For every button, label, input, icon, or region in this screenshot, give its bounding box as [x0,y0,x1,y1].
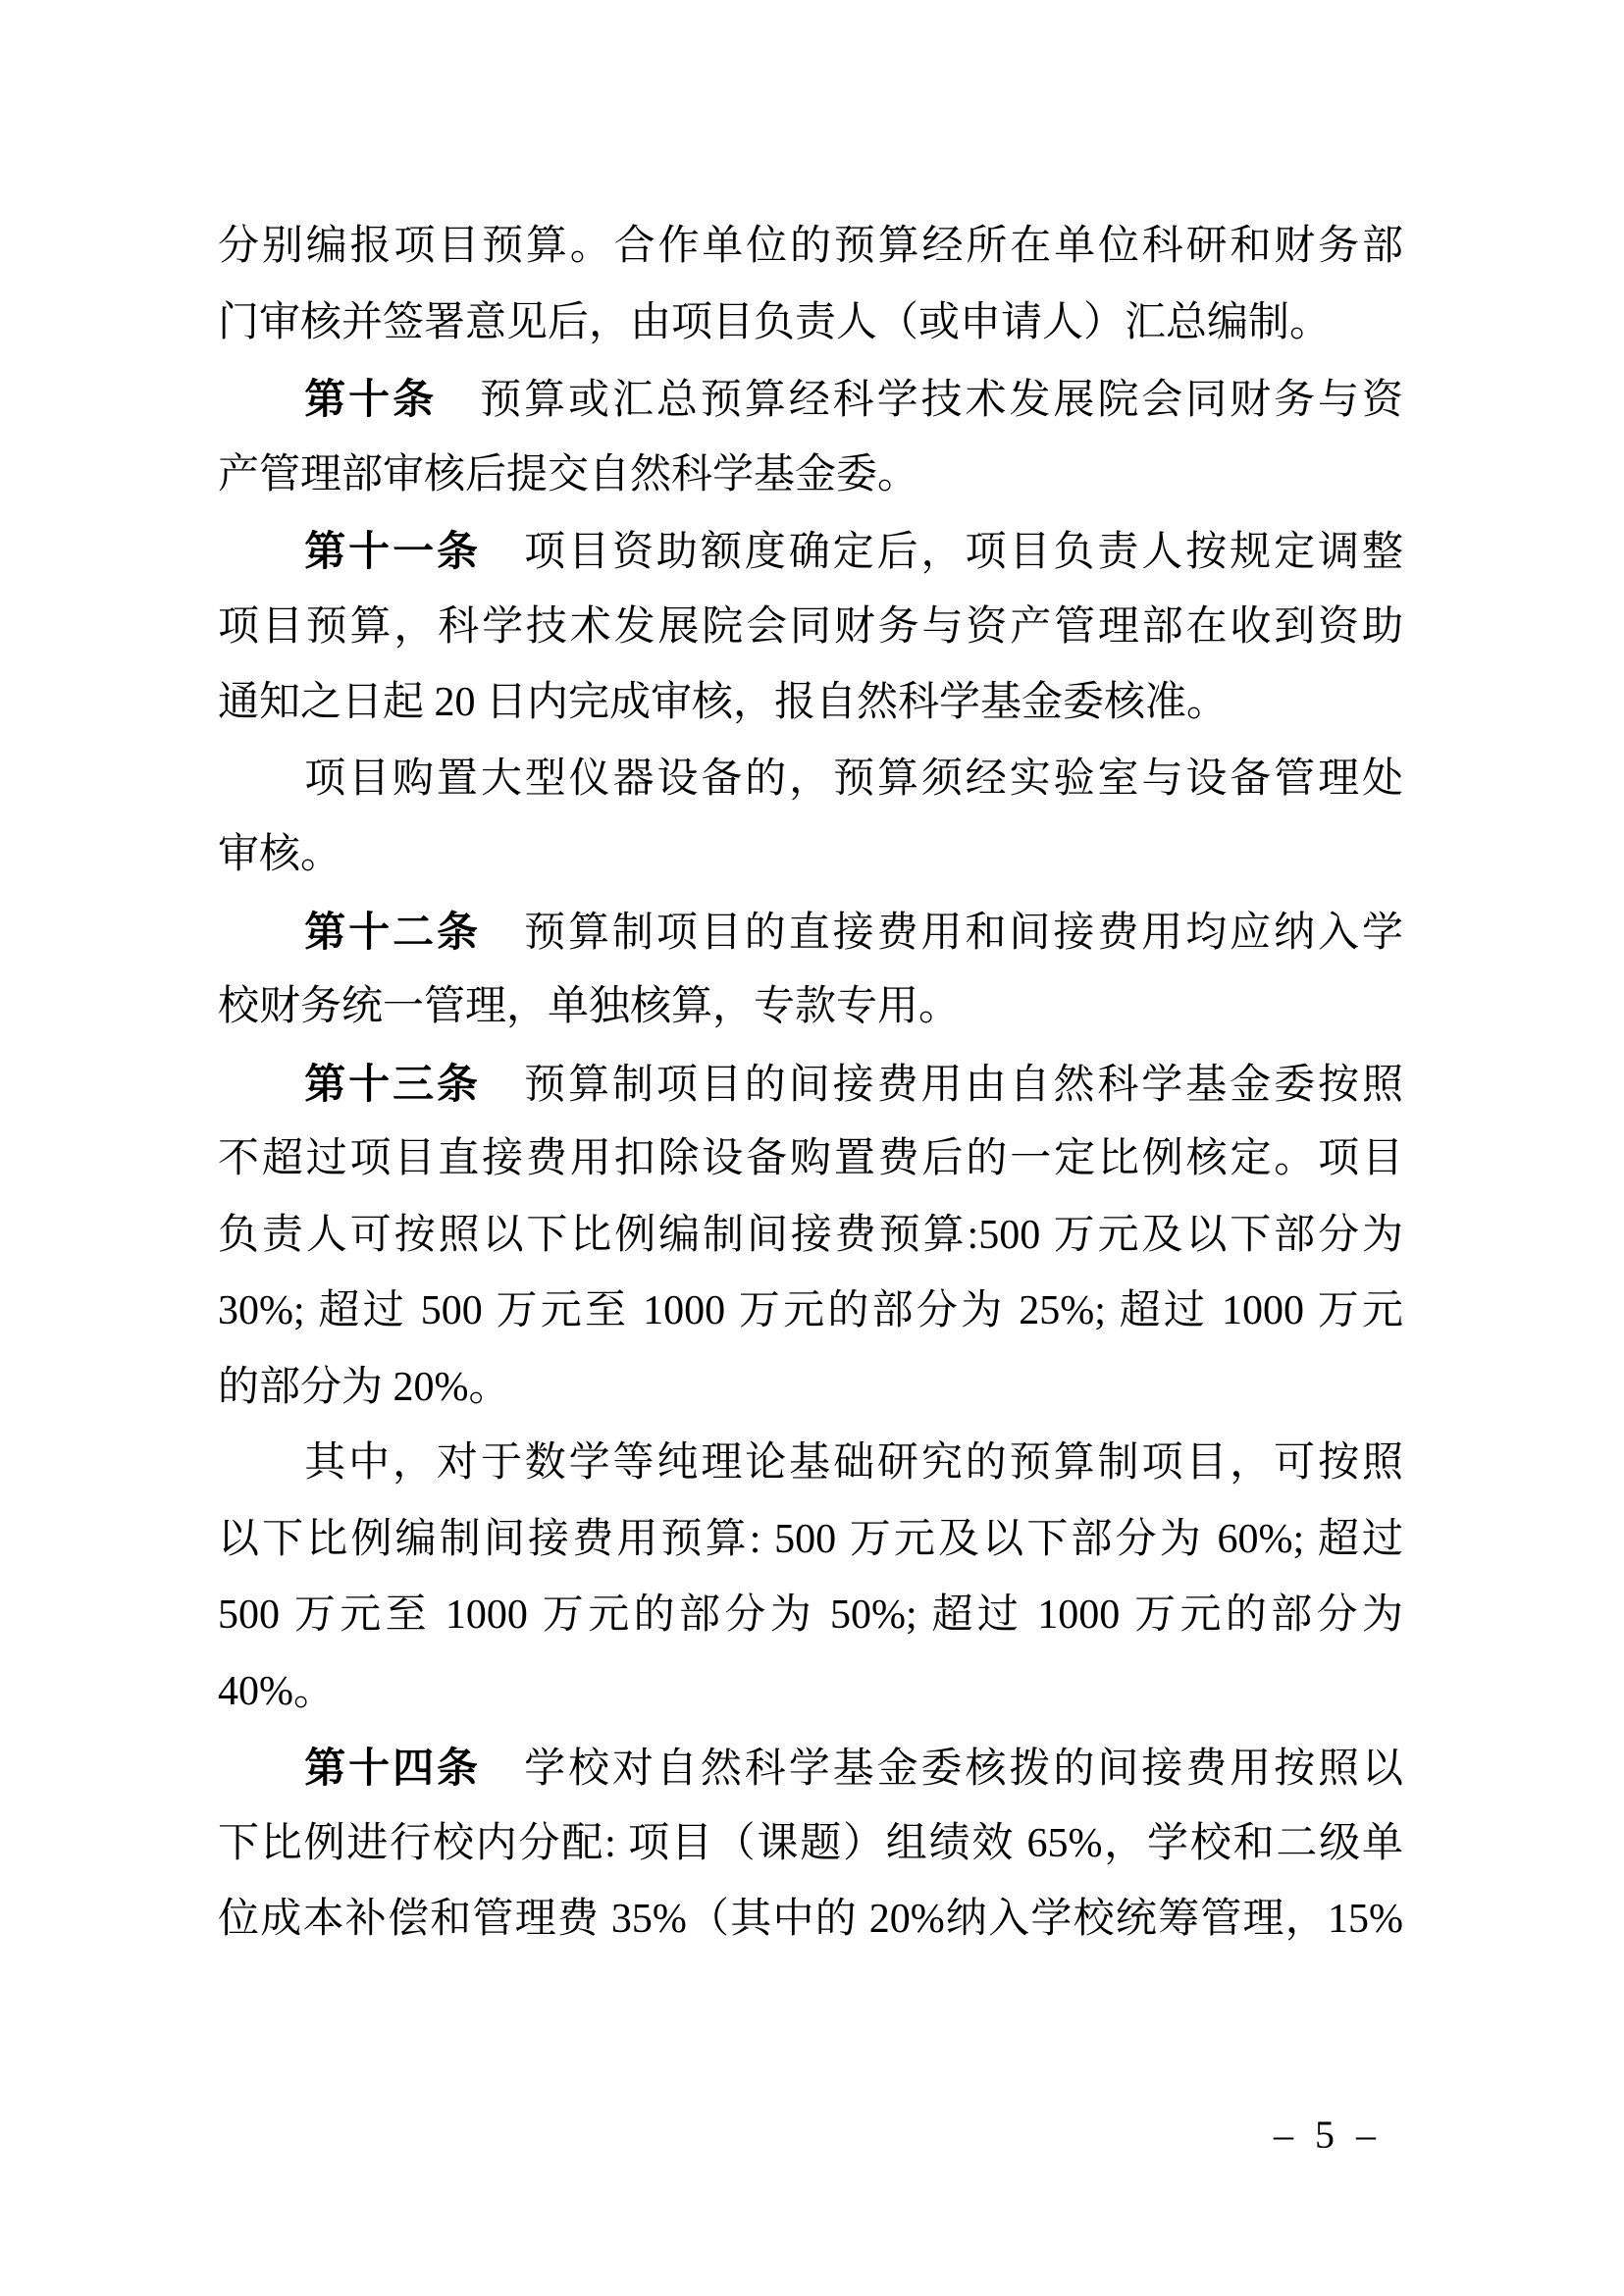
text-line: 门审核并签署意见后，由项目负责人（或申请人）汇总编制。 [218,286,1403,362]
line-text: 项目购置大型仪器设备的，预算须经实验室与设备管理处 [304,757,1403,802]
text-line: 下比例进行校内分配: 项目（课题）组绩效 65%，学校和二级单 [218,1806,1403,1883]
text-line: 通知之日起 20 日内完成审核，报自然科学基金委核准。 [218,665,1403,742]
line-text: 学校对自然科学基金委核拨的间接费用按照以 [524,1747,1403,1792]
article-number: 第十二条 [304,909,481,955]
text-line: 第十二条预算制项目的直接费用和间接费用均应纳入学 [218,894,1403,970]
text-line: 位成本补偿和管理费 35%（其中的 20%纳入学校统筹管理，15% [218,1882,1403,1958]
text-line: 产管理部审核后提交自然科学基金委。 [218,438,1403,514]
text-line: 项目预算，科学技术发展院会同财务与资产管理部在收到资助 [218,590,1403,666]
line-text: 负责人可按照以下比例编制间接费预算:500 万元及以下部分为 [218,1213,1403,1258]
line-text: 预算制项目的间接费用由自然科学基金委按照 [524,1063,1403,1108]
text-line: 负责人可按照以下比例编制间接费预算:500 万元及以下部分为 [218,1198,1403,1275]
line-text: 不超过项目直接费用扣除设备购置费后的一定比例核定。项目 [218,1136,1403,1181]
text-line: 审核。 [218,817,1403,894]
text-line: 其中，对于数学等纯理论基础研究的预算制项目，可按照 [218,1426,1403,1502]
text-line: 的部分为 20%。 [218,1350,1403,1427]
line-text: 通知之日起 20 日内完成审核，报自然科学基金委核准。 [218,680,1228,725]
line-text: 其中，对于数学等纯理论基础研究的预算制项目，可按照 [304,1440,1403,1486]
text-line: 500 万元至 1000 万元的部分为 50%; 超过 1000 万元的部分为 [218,1578,1403,1654]
line-text: 产管理部审核后提交自然科学基金委。 [218,452,918,497]
line-text: 以下比例编制间接费用预算: 500 万元及以下部分为 60%; 超过 [218,1517,1403,1562]
text-line: 第十条预算或汇总预算经科学技术发展院会同财务与资 [218,361,1403,438]
page-number: – 5 – [1274,2106,1382,2165]
text-line: 第十四条学校对自然科学基金委核拨的间接费用按照以 [218,1730,1403,1806]
line-text: 项目资助额度确定后，项目负责人按规定调整 [524,530,1403,575]
text-line: 第十三条预算制项目的间接费用由自然科学基金委按照 [218,1046,1403,1122]
line-text: 审核。 [218,832,341,877]
line-text: 的部分为 20%。 [218,1365,510,1410]
line-text: 校财务统一管理，单独核算，专款专用。 [218,984,960,1029]
article-number: 第十四条 [304,1745,481,1791]
line-text: 40%。 [218,1669,335,1714]
line-text: 项目预算，科学技术发展院会同财务与资产管理部在收到资助 [218,604,1403,650]
article-number: 第十条 [304,376,437,422]
line-text: 预算制项目的直接费用和间接费用均应纳入学 [524,911,1403,956]
document-page: 分别编报项目预算。合作单位的预算经所在单位科研和财务部 门审核并签署意见后，由项… [0,0,1624,2296]
line-text: 500 万元至 1000 万元的部分为 50%; 超过 1000 万元的部分为 [218,1592,1403,1638]
article-number: 第十三条 [304,1061,481,1107]
line-text: 下比例进行校内分配: 项目（课题）组绩效 65%，学校和二级单 [218,1821,1403,1866]
line-text: 30%; 超过 500 万元至 1000 万元的部分为 25%; 超过 1000… [218,1288,1403,1333]
text-line: 校财务统一管理，单独核算，专款专用。 [218,969,1403,1046]
text-line: 分别编报项目预算。合作单位的预算经所在单位科研和财务部 [218,209,1403,286]
line-text: 位成本补偿和管理费 35%（其中的 20%纳入学校统筹管理，15% [218,1897,1403,1942]
line-text: 分别编报项目预算。合作单位的预算经所在单位科研和财务部 [218,224,1403,269]
text-line: 30%; 超过 500 万元至 1000 万元的部分为 25%; 超过 1000… [218,1274,1403,1350]
article-number: 第十一条 [304,528,481,574]
line-text: 门审核并签署意见后，由项目负责人（或申请人）汇总编制。 [218,300,1331,345]
text-line: 以下比例编制间接费用预算: 500 万元及以下部分为 60%; 超过 [218,1502,1403,1579]
line-text: 预算或汇总预算经科学技术发展院会同财务与资 [480,378,1403,423]
text-line: 项目购置大型仪器设备的，预算须经实验室与设备管理处 [218,742,1403,818]
text-line: 40%。 [218,1654,1403,1731]
text-line: 不超过项目直接费用扣除设备购置费后的一定比例核定。项目 [218,1122,1403,1198]
text-line: 第十一条项目资助额度确定后，项目负责人按规定调整 [218,513,1403,590]
document-body: 分别编报项目预算。合作单位的预算经所在单位科研和财务部 门审核并签署意见后，由项… [218,209,1403,1958]
